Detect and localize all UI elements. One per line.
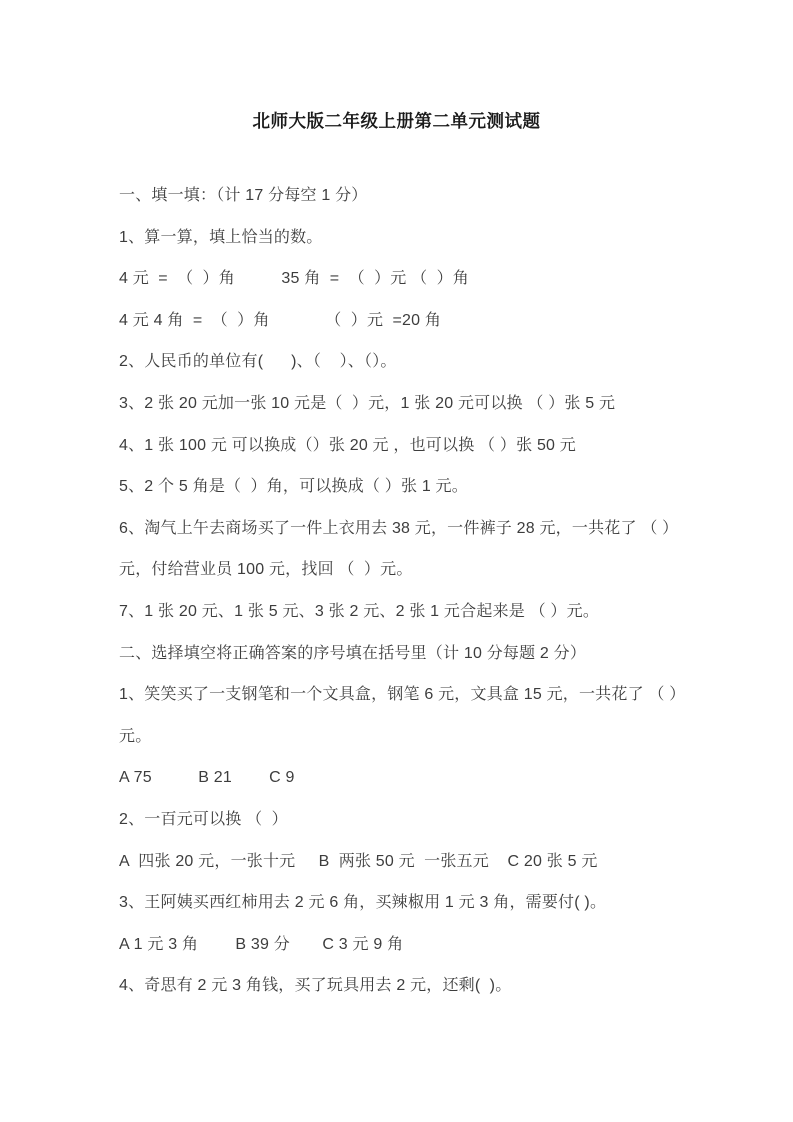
document-line: 4、奇思有 2 元 3 角钱，买了玩具用去 2 元，还剩( )。	[119, 965, 733, 1007]
document-line: 6、淘气上午去商场买了一件上衣用去 38 元，一件裤子 28 元，一共花了 （ …	[119, 508, 733, 550]
document-body: 一、填一填：（计 17 分每空 1 分）1、算一算，填上恰当的数。4 元 = （…	[119, 175, 733, 1007]
document-line: 3、王阿姨买西红柿用去 2 元 6 角，买辣椒用 1 元 3 角，需要付( )。	[119, 882, 733, 924]
document-line: 7、1 张 20 元、1 张 5 元、3 张 2 元、2 张 1 元合起来是 （…	[119, 591, 733, 633]
document-line: 1、笑笑买了一支钢笔和一个文具盒，钢笔 6 元，文具盒 15 元，一共花了 （ …	[119, 674, 733, 716]
document-line: 一、填一填：（计 17 分每空 1 分）	[119, 175, 733, 217]
document-line: A 75 B 21 C 9	[119, 757, 733, 799]
document-line: 2、一百元可以换 （ ）	[119, 799, 733, 841]
document-line: 4 元 4 角 = （ ）角 （ ）元 =20 角	[119, 300, 733, 342]
document-line: 元。	[119, 716, 733, 758]
document-page: 北师大版二年级上册第二单元测试题 一、填一填：（计 17 分每空 1 分）1、算…	[0, 0, 793, 1122]
document-line: 4 元 = （ ）角 35 角 = （ ）元 （ ）角	[119, 258, 733, 300]
document-line: A 1 元 3 角 B 39 分 C 3 元 9 角	[119, 924, 733, 966]
document-line: 5、2 个 5 角是（ ）角，可以换成（ ）张 1 元。	[119, 466, 733, 508]
document-line: 2、人民币的单位有( )、（ ）、（）。	[119, 341, 733, 383]
document-title: 北师大版二年级上册第二单元测试题	[0, 107, 793, 135]
document-line: 元，付给营业员 100 元，找回 （ ）元。	[119, 549, 733, 591]
document-line: 4、1 张 100 元 可以换成（）张 20 元 ，也可以换 （ ）张 50 元	[119, 425, 733, 467]
document-line: 3、2 张 20 元加一张 10 元是（ ）元，1 张 20 元可以换 （ ）张…	[119, 383, 733, 425]
document-line: A 四张 20 元，一张十元 B 两张 50 元 一张五元 C 20 张 5 元	[119, 841, 733, 883]
document-line: 1、算一算，填上恰当的数。	[119, 217, 733, 259]
document-line: 二、选择填空将正确答案的序号填在括号里（计 10 分每题 2 分）	[119, 633, 733, 675]
